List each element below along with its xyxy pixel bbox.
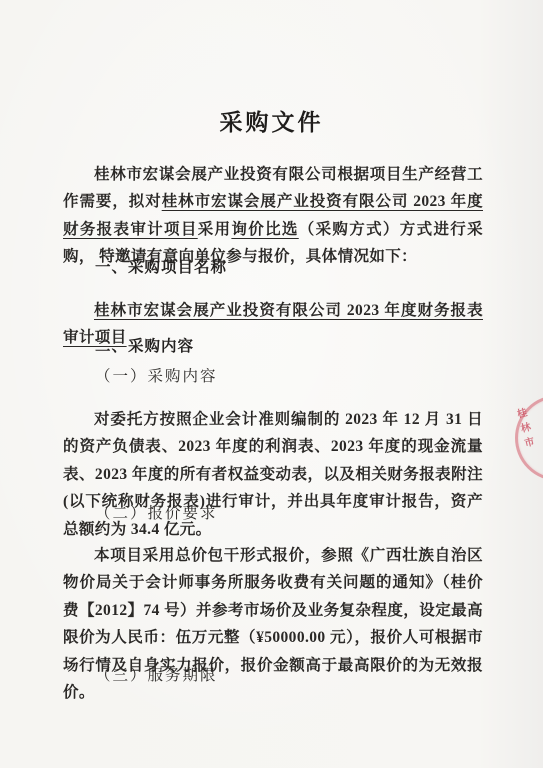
- subsection-3-heading: （三）服务期限: [95, 662, 218, 690]
- scanned-document-page: 采购文件 桂林市宏谋会展产业投资有限公司根据项目生产经营工作需要，拟对桂林市宏谋…: [0, 0, 543, 768]
- section-2-heading: 二、采购内容: [95, 333, 194, 361]
- underlined-text-run: 询价比选: [231, 221, 298, 238]
- text-run: 采用: [198, 221, 232, 238]
- section-1-heading: 一、采购项目名称: [95, 254, 227, 282]
- subsection-1-heading: （一）采购内容: [95, 363, 218, 391]
- subsection-2-heading: （二）报价要求: [95, 500, 218, 528]
- document-title: 采购文件: [0, 104, 543, 137]
